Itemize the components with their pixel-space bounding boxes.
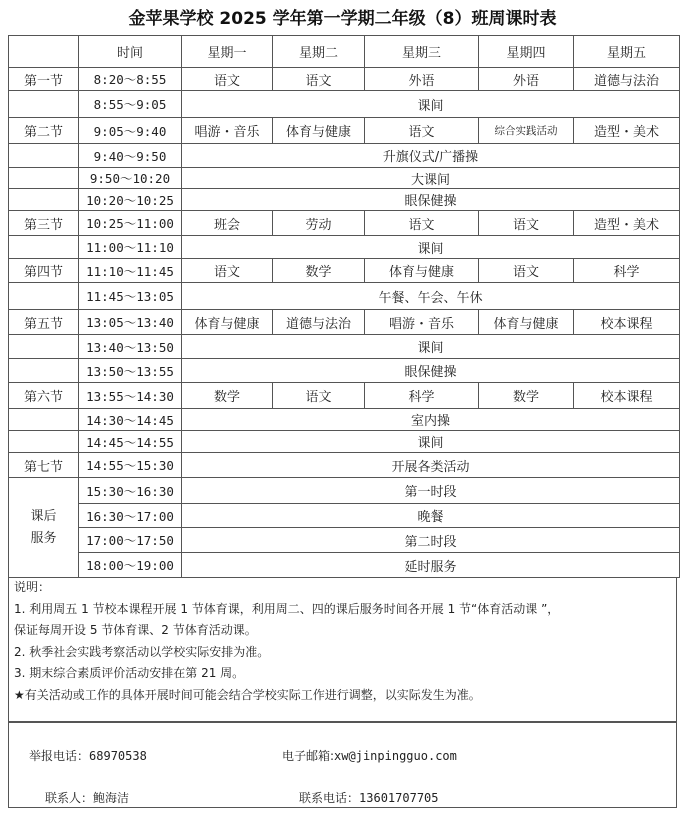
class-cell: 科学 — [365, 383, 479, 409]
period-label: 第二节 — [9, 118, 79, 144]
class-cell: 数学 — [273, 259, 365, 283]
note-line: 保证每周开设 5 节体育课、2 节体育活动课。 — [14, 620, 676, 642]
report-phone-value: 68970538 — [89, 749, 147, 763]
table-row: 13:50～13:55 眼保健操 — [9, 359, 680, 383]
note-line: 3. 期末综合素质评价活动安排在第 21 周。 — [14, 663, 676, 685]
note-line: ★有关活动或工作的具体开展时间可能会结合学校实际工作进行调整，以实际发生为准。 — [14, 685, 676, 707]
class-cell: 道德与法治 — [574, 68, 680, 91]
merged-cell: 第二时段 — [182, 528, 680, 553]
time-cell: 18:00～19:00 — [79, 553, 182, 578]
table-row: 第三节 10:25～11:00 班会 劳动 语文 语文 造型・美术 — [9, 211, 680, 236]
time-cell: 13:55～14:30 — [79, 383, 182, 409]
class-cell: 语文 — [273, 383, 365, 409]
table-row: 第四节 11:10～11:45 语文 数学 体育与健康 语文 科学 — [9, 259, 680, 283]
class-cell: 数学 — [479, 383, 574, 409]
time-cell: 13:50～13:55 — [79, 359, 182, 383]
table-row: 第五节 13:05～13:40 体育与健康 道德与法治 唱游・音乐 体育与健康 … — [9, 310, 680, 335]
class-cell: 校本课程 — [574, 310, 680, 335]
contact-person-value: 鲍海洁 — [93, 791, 129, 805]
period-label — [9, 335, 79, 359]
time-cell: 14:55～15:30 — [79, 453, 182, 478]
time-cell: 16:30～17:00 — [79, 504, 182, 528]
table-row: 11:00～11:10 课间 — [9, 236, 680, 259]
period-label: 第五节 — [9, 310, 79, 335]
class-cell: 数学 — [182, 383, 273, 409]
class-cell: 语文 — [365, 211, 479, 236]
contact-section: 举报电话：68970538 电子邮箱:xw@jinpingguo.com 联系人… — [8, 722, 677, 808]
period-label — [9, 91, 79, 118]
notes-section: 说明： 1. 利用周五 1 节校本课程开展 1 节体育课，利用周二、四的课后服务… — [8, 577, 677, 722]
merged-cell: 眼保健操 — [182, 189, 680, 211]
class-cell: 语文 — [365, 118, 479, 144]
table-row: 课后 服务 15:30～16:30 第一时段 — [9, 478, 680, 504]
time-cell: 11:10～11:45 — [79, 259, 182, 283]
table-row: 9:40～9:50 升旗仪式/广播操 — [9, 144, 680, 168]
period-label — [9, 409, 79, 431]
header-monday: 星期一 — [182, 36, 273, 68]
header-row: 时间 星期一 星期二 星期三 星期四 星期五 — [9, 36, 680, 68]
report-phone: 举报电话：68970538 — [29, 747, 147, 764]
time-cell: 11:45～13:05 — [79, 283, 182, 310]
merged-cell: 课间 — [182, 91, 680, 118]
table-row: 第七节 14:55～15:30 开展各类活动 — [9, 453, 680, 478]
period-label — [9, 431, 79, 453]
class-cell: 校本课程 — [574, 383, 680, 409]
merged-cell: 课间 — [182, 236, 680, 259]
class-cell: 外语 — [365, 68, 479, 91]
class-cell: 体育与健康 — [273, 118, 365, 144]
contact-phone-value: 13601707705 — [359, 791, 438, 805]
report-phone-label: 举报电话： — [29, 749, 89, 763]
table-row: 9:50～10:20 大课间 — [9, 168, 680, 189]
table-row: 11:45～13:05 午餐、午会、午休 — [9, 283, 680, 310]
class-cell: 体育与健康 — [479, 310, 574, 335]
note-line: 2. 秋季社会实践考察活动以学校实际安排为准。 — [14, 642, 676, 664]
contact-person: 联系人：鲍海洁 — [45, 789, 129, 806]
table-row: 13:40～13:50 课间 — [9, 335, 680, 359]
table-row: 14:30～14:45 室内操 — [9, 409, 680, 431]
notes-heading: 说明： — [14, 577, 676, 599]
time-cell: 11:00～11:10 — [79, 236, 182, 259]
time-cell: 15:30～16:30 — [79, 478, 182, 504]
header-time: 时间 — [79, 36, 182, 68]
email-label: 电子邮箱: — [282, 749, 334, 763]
class-cell: 科学 — [574, 259, 680, 283]
merged-cell: 大课间 — [182, 168, 680, 189]
time-cell: 8:20～8:55 — [79, 68, 182, 91]
header-thursday: 星期四 — [479, 36, 574, 68]
class-cell: 语文 — [182, 68, 273, 91]
time-cell: 10:25～11:00 — [79, 211, 182, 236]
period-label: 第三节 — [9, 211, 79, 236]
after-school-label: 课后 服务 — [9, 478, 79, 578]
after-school-label-line1: 课后 — [9, 506, 78, 528]
time-cell: 9:40～9:50 — [79, 144, 182, 168]
period-label — [9, 359, 79, 383]
class-cell: 造型・美术 — [574, 211, 680, 236]
table-row: 8:55～9:05 课间 — [9, 91, 680, 118]
class-cell: 语文 — [273, 68, 365, 91]
header-blank — [9, 36, 79, 68]
merged-cell: 晚餐 — [182, 504, 680, 528]
class-cell: 造型・美术 — [574, 118, 680, 144]
time-cell: 8:55～9:05 — [79, 91, 182, 118]
after-school-label-line2: 服务 — [9, 528, 78, 550]
header-friday: 星期五 — [574, 36, 680, 68]
time-cell: 9:50～10:20 — [79, 168, 182, 189]
period-label — [9, 144, 79, 168]
period-label: 第一节 — [9, 68, 79, 91]
table-row: 17:00～17:50 第二时段 — [9, 528, 680, 553]
merged-cell: 第一时段 — [182, 478, 680, 504]
merged-cell: 室内操 — [182, 409, 680, 431]
period-label: 第六节 — [9, 383, 79, 409]
period-label — [9, 189, 79, 211]
time-cell: 10:20～10:25 — [79, 189, 182, 211]
page-title: 金苹果学校 2025 学年第一学期二年级（8）班周课时表 — [0, 4, 685, 29]
table-row: 10:20～10:25 眼保健操 — [9, 189, 680, 211]
merged-cell: 延时服务 — [182, 553, 680, 578]
time-cell: 9:05～9:40 — [79, 118, 182, 144]
period-label — [9, 168, 79, 189]
table-row: 第一节 8:20～8:55 语文 语文 外语 外语 道德与法治 — [9, 68, 680, 91]
class-cell: 体育与健康 — [182, 310, 273, 335]
header-tuesday: 星期二 — [273, 36, 365, 68]
class-cell: 综合实践活动 — [479, 118, 574, 144]
contact-phone: 联系电话：13601707705 — [299, 789, 439, 806]
class-cell: 语文 — [479, 211, 574, 236]
class-cell: 班会 — [182, 211, 273, 236]
contact-person-label: 联系人： — [45, 791, 93, 805]
contact-phone-label: 联系电话： — [299, 791, 359, 805]
table-row: 第六节 13:55～14:30 数学 语文 科学 数学 校本课程 — [9, 383, 680, 409]
class-cell: 道德与法治 — [273, 310, 365, 335]
period-label — [9, 236, 79, 259]
merged-cell: 开展各类活动 — [182, 453, 680, 478]
class-cell: 语文 — [182, 259, 273, 283]
email: 电子邮箱:xw@jinpingguo.com — [282, 747, 457, 764]
header-wednesday: 星期三 — [365, 36, 479, 68]
class-cell: 唱游・音乐 — [182, 118, 273, 144]
table-row: 16:30～17:00 晚餐 — [9, 504, 680, 528]
table-row: 14:45～14:55 课间 — [9, 431, 680, 453]
period-label: 第七节 — [9, 453, 79, 478]
class-cell: 体育与健康 — [365, 259, 479, 283]
merged-cell: 课间 — [182, 335, 680, 359]
time-cell: 13:40～13:50 — [79, 335, 182, 359]
note-line: 1. 利用周五 1 节校本课程开展 1 节体育课，利用周二、四的课后服务时间各开… — [14, 599, 676, 621]
merged-cell: 课间 — [182, 431, 680, 453]
class-cell: 外语 — [479, 68, 574, 91]
period-label: 第四节 — [9, 259, 79, 283]
merged-cell: 午餐、午会、午休 — [182, 283, 680, 310]
time-cell: 14:45～14:55 — [79, 431, 182, 453]
class-cell: 劳动 — [273, 211, 365, 236]
table-row: 第二节 9:05～9:40 唱游・音乐 体育与健康 语文 综合实践活动 造型・美… — [9, 118, 680, 144]
period-label — [9, 283, 79, 310]
timetable: 时间 星期一 星期二 星期三 星期四 星期五 第一节 8:20～8:55 语文 … — [8, 35, 680, 578]
time-cell: 13:05～13:40 — [79, 310, 182, 335]
merged-cell: 眼保健操 — [182, 359, 680, 383]
class-cell: 语文 — [479, 259, 574, 283]
table-row: 18:00～19:00 延时服务 — [9, 553, 680, 578]
time-cell: 14:30～14:45 — [79, 409, 182, 431]
time-cell: 17:00～17:50 — [79, 528, 182, 553]
class-cell: 唱游・音乐 — [365, 310, 479, 335]
merged-cell: 升旗仪式/广播操 — [182, 144, 680, 168]
email-value[interactable]: xw@jinpingguo.com — [334, 749, 457, 763]
